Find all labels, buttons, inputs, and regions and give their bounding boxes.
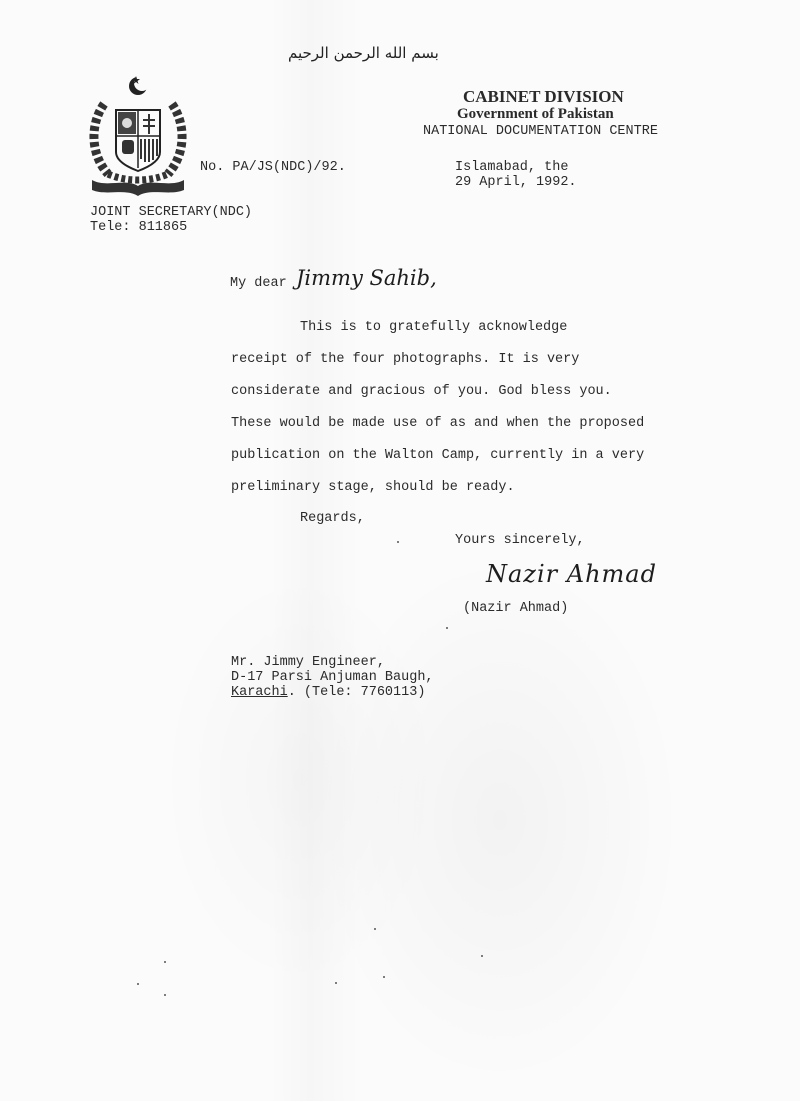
scan-speck (481, 955, 483, 957)
recipient-telephone: . (Tele: 7760113) (288, 685, 426, 700)
scan-speck (446, 627, 448, 629)
department-title: CABINET DIVISION (463, 87, 624, 107)
body-line: preliminary stage, should be ready. (231, 480, 515, 495)
handwritten-signature: Nazir Ahmad (486, 560, 657, 588)
body-line: receipt of the four photographs. It is v… (231, 352, 579, 367)
officer-title: JOINT SECRETARY(NDC) (90, 205, 252, 220)
salutation-prefix: My dear (230, 276, 287, 291)
body-line: This is to gratefully acknowledge (300, 320, 567, 335)
place-line: Islamabad, the (455, 160, 568, 175)
body-line: publication on the Walton Camp, currentl… (231, 448, 644, 463)
body-line: These would be made use of as and when t… (231, 416, 644, 431)
scan-speck (164, 994, 166, 996)
scan-speck (383, 976, 385, 978)
salutation-handwritten-name: Jimmy Sahib, (296, 266, 437, 290)
recipient-name: Mr. Jimmy Engineer, (231, 655, 385, 670)
letter-date: 29 April, 1992. (455, 175, 577, 190)
reference-number: No. PA/JS(NDC)/92. (200, 160, 346, 175)
closing: Yours sincerely, (455, 533, 585, 548)
regards: Regards, (300, 511, 365, 526)
state-emblem-icon (86, 74, 190, 198)
scan-speck (164, 961, 166, 963)
scan-speck (397, 541, 399, 543)
body-line: considerate and gracious of you. God ble… (231, 384, 612, 399)
signatory-name: (Nazir Ahmad) (463, 601, 568, 616)
scan-speck (137, 983, 139, 985)
bismillah-calligraphy: بسم الله الرحمن الرحيم (288, 44, 439, 62)
centre-title: NATIONAL DOCUMENTATION CENTRE (423, 124, 658, 139)
recipient-address: D-17 Parsi Anjuman Baugh, (231, 670, 434, 685)
officer-telephone: Tele: 811865 (90, 220, 187, 235)
scan-speck (335, 982, 337, 984)
government-title: Government of Pakistan (457, 106, 614, 123)
recipient-city: Karachi (231, 685, 288, 700)
recipient-city-line: Karachi. (Tele: 7760113) (231, 685, 425, 700)
scan-speck (374, 928, 376, 930)
